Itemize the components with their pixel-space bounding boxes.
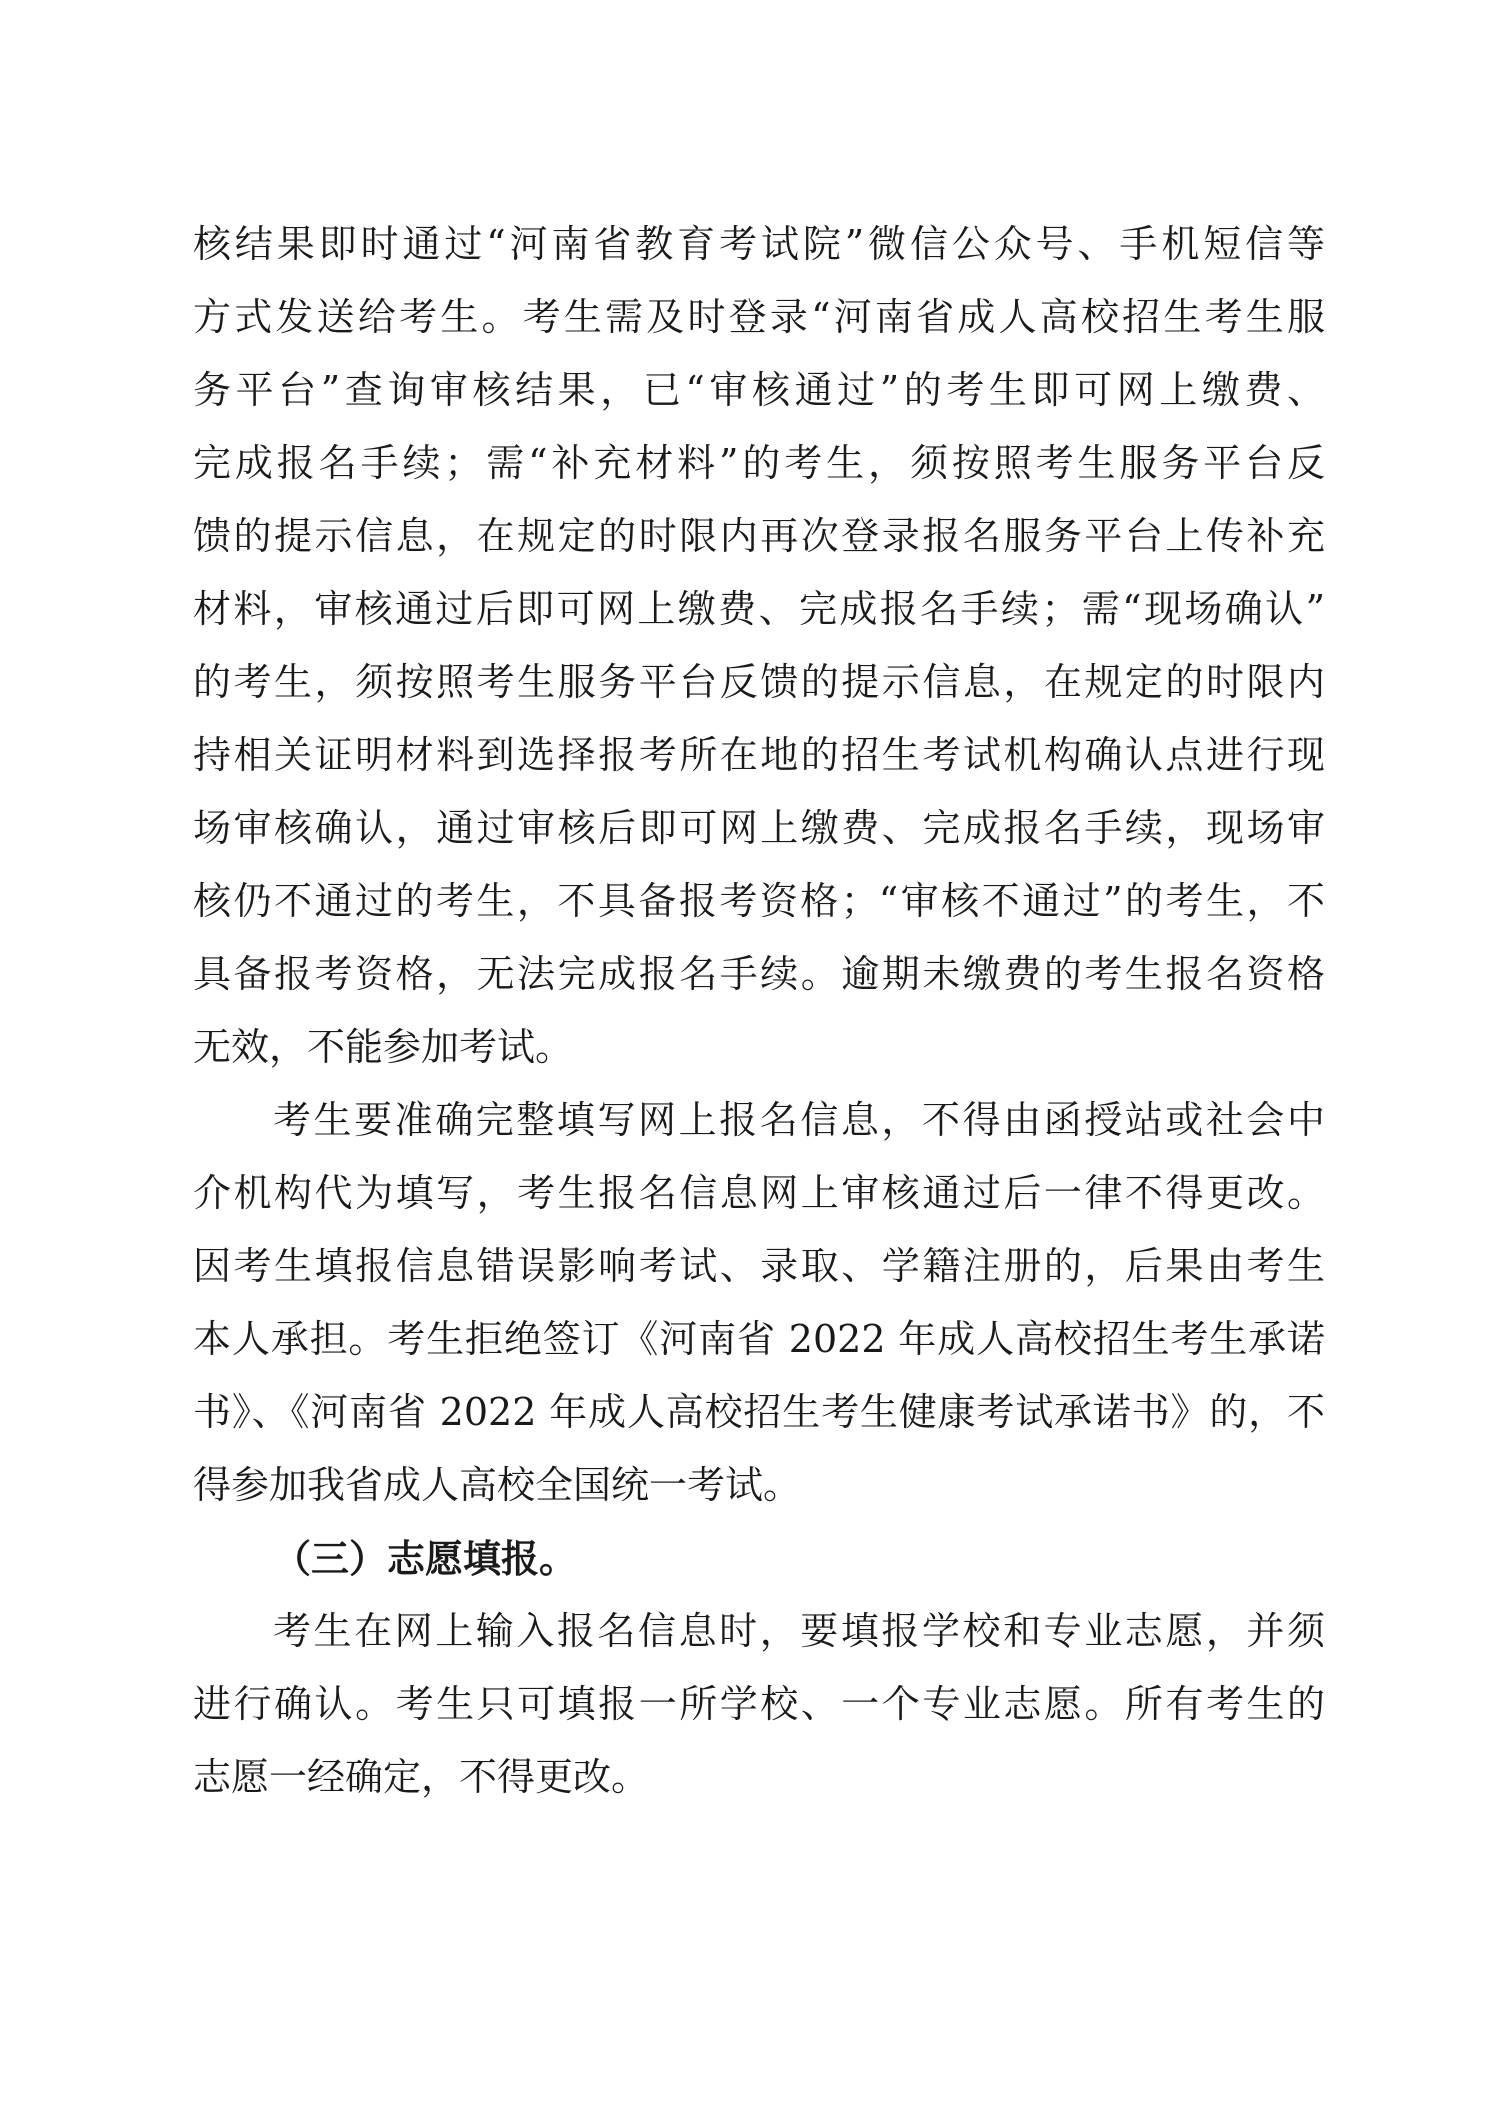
text-line: 务平台”查询审核结果，已“审核通过”的考生即可网上缴费、 xyxy=(193,354,1325,427)
text-line: 具备报考资格，无法完成报名手续。逾期未缴费的考生报名资格 xyxy=(193,938,1325,1011)
paragraph-volunteer-filling: 考生在网上输入报名信息时，要填报学校和专业志愿，并须 进行确认。考生只可填报一所… xyxy=(193,1595,1325,1814)
text-line: 核结果即时通过“河南省教育考试院”微信公众号、手机短信等 xyxy=(193,208,1325,281)
text-line: 场审核确认，通过审核后即可网上缴费、完成报名手续，现场审 xyxy=(193,792,1325,865)
text-line: 书》、《河南省 2022 年成人高校招生考生健康考试承诺书》的，不 xyxy=(193,1376,1325,1449)
paragraph-review-results: 核结果即时通过“河南省教育考试院”微信公众号、手机短信等 方式发送给考生。考生需… xyxy=(193,208,1325,1084)
text-line: 持相关证明材料到选择报考所在地的招生考试机构确认点进行现 xyxy=(193,719,1325,792)
text-line: 的考生，须按照考生服务平台反馈的提示信息，在规定的时限内 xyxy=(193,646,1325,719)
text-line: 考生在网上输入报名信息时，要填报学校和专业志愿，并须 xyxy=(193,1595,1325,1668)
text-line: 方式发送给考生。考生需及时登录“河南省成人高校招生考生服 xyxy=(193,281,1325,354)
text-line: 志愿一经确定，不得更改。 xyxy=(193,1741,1325,1814)
text-line: 本人承担。考生拒绝签订《河南省 2022 年成人高校招生考生承诺 xyxy=(193,1303,1325,1376)
text-line: 得参加我省成人高校全国统一考试。 xyxy=(193,1449,1325,1522)
text-line: 考生要准确完整填写网上报名信息，不得由函授站或社会中 xyxy=(193,1084,1325,1157)
text-line: 完成报名手续；需“补充材料”的考生，须按照考生服务平台反 xyxy=(193,427,1325,500)
text-line: 核仍不通过的考生，不具备报考资格；“审核不通过”的考生，不 xyxy=(193,865,1325,938)
text-line: 材料，审核通过后即可网上缴费、完成报名手续；需“现场确认” xyxy=(193,573,1325,646)
document-page: 核结果即时通过“河南省教育考试院”微信公众号、手机短信等 方式发送给考生。考生需… xyxy=(193,208,1325,1814)
text-line: 介机构代为填写，考生报名信息网上审核通过后一律不得更改。 xyxy=(193,1157,1325,1230)
text-line: 因考生填报信息错误影响考试、录取、学籍注册的，后果由考生 xyxy=(193,1230,1325,1303)
section-heading: （三）志愿填报。 xyxy=(193,1522,1325,1595)
text-line: 进行确认。考生只可填报一所学校、一个专业志愿。所有考生的 xyxy=(193,1668,1325,1741)
paragraph-accurate-info: 考生要准确完整填写网上报名信息，不得由函授站或社会中 介机构代为填写，考生报名信… xyxy=(193,1084,1325,1522)
text-line: 无效，不能参加考试。 xyxy=(193,1011,1325,1084)
text-line: 馈的提示信息，在规定的时限内再次登录报名服务平台上传补充 xyxy=(193,500,1325,573)
